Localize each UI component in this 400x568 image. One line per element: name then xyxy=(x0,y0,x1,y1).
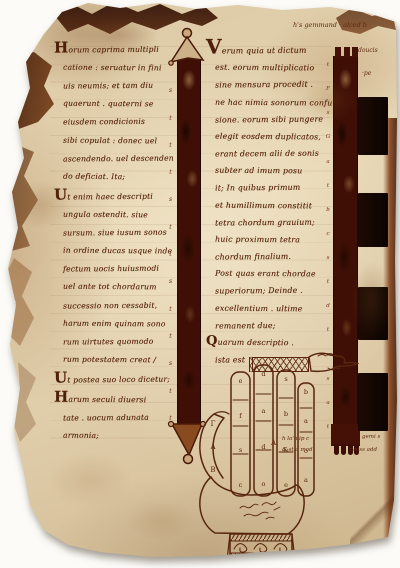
text-line: ne hac nimia sonorum confu xyxy=(206,98,330,107)
text-line: rum potestatem creat / xyxy=(54,355,178,363)
pitch-letter: c xyxy=(326,231,329,237)
bridge-block xyxy=(358,373,388,431)
pitch-letter: b xyxy=(326,207,330,213)
text-line: rum uirtutes quomodo xyxy=(54,337,178,346)
interval-letter: t xyxy=(169,224,171,231)
text-line: it; In quibus primum xyxy=(206,184,330,193)
text-line: huic proximum tetra xyxy=(206,235,330,244)
text-line: tate . uocum adunata xyxy=(54,414,178,423)
note-letter: A xyxy=(210,443,215,451)
interval-letter: t xyxy=(169,388,171,395)
text-line: quaerunt . quaterni se xyxy=(54,100,178,108)
bottom-annotation-a: A xyxy=(271,439,276,447)
torn-edge-left-4 xyxy=(8,362,40,446)
text-line: Ut enim haec descripti xyxy=(54,190,178,201)
note-letter: d xyxy=(261,443,265,451)
text-line: sibi copulat : donec uel xyxy=(54,136,178,144)
note-letter: B xyxy=(210,466,215,474)
interval-letter: t xyxy=(169,115,171,122)
bar-crenellation xyxy=(344,47,350,57)
note-letter: Γ xyxy=(211,420,216,428)
pitch-letter: G xyxy=(326,134,330,140)
note-letter: b xyxy=(304,388,308,396)
text-line: Post quas erant chordae xyxy=(206,270,330,279)
text-line: fectum uocis huiusmodi xyxy=(54,265,178,274)
left-text-column: Horum caprima multiplicatione : seruatur… xyxy=(54,44,178,440)
note-letter: a xyxy=(304,476,308,484)
text-line: excellentium . ultime xyxy=(206,304,330,313)
text-line: uel ante tot chordarum xyxy=(54,283,178,291)
text-line: in ordine ducas usque inde xyxy=(54,247,178,255)
interval-letter: t xyxy=(169,306,171,313)
text-line: uis neumis; et tam diu xyxy=(54,82,178,91)
text-line: catione : seruatur in fini xyxy=(54,64,178,72)
text-line: sine mensura procedit . xyxy=(206,81,330,90)
bottom-annotation-left-1: h la'n ip c xyxy=(282,436,309,442)
torn-edge-top-left xyxy=(52,0,220,46)
bridge-block xyxy=(358,193,388,247)
text-line: Horum caprima multipli xyxy=(54,43,178,54)
pitch-letter: a xyxy=(326,159,329,165)
note-letter: a xyxy=(304,417,308,425)
right-bar-annotation-2: ·pe xyxy=(362,70,371,77)
text-line: Ut postea suo loco dicetur; xyxy=(54,373,178,384)
text-line: est. eorum multiplicatio xyxy=(206,64,330,73)
tone-semitone-letters: tstttsttsttstt xyxy=(166,60,175,422)
pitch-letter: e xyxy=(326,352,329,358)
pitch-letter: t xyxy=(327,327,329,333)
interval-letter: t xyxy=(169,333,171,340)
text-line: tetra chordum grauium; xyxy=(206,218,330,227)
text-line: eiusdem condicionis xyxy=(54,118,178,127)
pitch-letter: s xyxy=(327,376,330,382)
text-line: Verum quia ut dictum xyxy=(206,41,330,55)
top-right-annotation: h's gemmand · alced b xyxy=(293,21,367,29)
text-line: erant decem alii de sonis xyxy=(206,149,330,158)
interval-letter: s xyxy=(169,196,172,203)
right-monochord-bar xyxy=(333,56,358,444)
note-letter: o xyxy=(262,480,266,488)
interval-letter: s xyxy=(169,278,172,285)
torn-edge-left-3 xyxy=(2,258,38,354)
text-line: do deficiat. Ita; xyxy=(54,172,178,180)
thumb-letters: ΓAB xyxy=(206,420,220,474)
bar-crenellation xyxy=(335,47,341,57)
manuscript-photo: Horum caprima multiplicatione : seruatur… xyxy=(0,0,400,568)
pitch-letter: s xyxy=(327,110,330,116)
bridge-block xyxy=(358,97,388,155)
pitch-letters: tFsGatbcstdtesat xyxy=(324,62,332,430)
text-line: elegit eosdem duplicatos, xyxy=(206,132,330,141)
interval-letter: t xyxy=(169,60,171,67)
interval-letter: t xyxy=(169,251,171,258)
pitch-letter: d xyxy=(326,303,330,309)
text-line: harum enim quinam sono xyxy=(54,319,178,327)
interval-letter: t xyxy=(169,415,171,422)
pitch-letter: s xyxy=(327,255,330,261)
interval-letter: s xyxy=(169,360,172,367)
bar-foot xyxy=(334,444,339,455)
note-letter: s xyxy=(239,446,242,454)
torn-edge-left-2 xyxy=(0,142,40,254)
ring-finger-letters: sb&e xyxy=(278,375,294,489)
interval-letter: t xyxy=(169,169,171,176)
page-shadow: Horum caprima multiplicatione : seruatur… xyxy=(0,0,400,568)
text-line: armonia; xyxy=(54,432,178,440)
bottom-annotation-left-2: & st a mod xyxy=(282,447,313,453)
fold-bottom-right xyxy=(350,492,398,546)
text-line: sione. eorum sibi pungere xyxy=(206,115,330,124)
parchment-page: Horum caprima multiplicatione : seruatur… xyxy=(0,0,400,568)
note-letter: b xyxy=(284,410,288,418)
text-line: Harum seculi diuersi xyxy=(54,394,178,404)
torn-edge-left-1 xyxy=(4,52,56,134)
note-letter: s xyxy=(284,375,287,383)
right-bar-annotation-1: doucis xyxy=(358,47,378,54)
interval-letter: t xyxy=(169,142,171,149)
interval-letter: s xyxy=(169,87,172,94)
note-letter: c xyxy=(239,481,243,489)
text-line: successio non cessabit, xyxy=(54,301,178,310)
text-line: Quarum descriptio . xyxy=(206,338,330,347)
pitch-letter: t xyxy=(327,62,329,68)
bar-foot xyxy=(341,444,346,455)
wrist-cuff xyxy=(227,534,295,560)
text-line: sursum. siue iusum sonos xyxy=(54,229,178,238)
pitch-letter: F xyxy=(326,86,330,92)
bridge-block xyxy=(358,287,388,340)
pitch-letter: a xyxy=(326,400,329,406)
text-line: et humillimum constitit xyxy=(206,201,330,210)
palm-scribbles xyxy=(240,502,280,519)
bottom-annotation-right-2: cruss add xyxy=(350,447,377,453)
text-line: subter ad imum posu xyxy=(206,167,330,176)
text-line: ungula ostendit. siue xyxy=(54,211,178,219)
middle-finger-letters: dado xyxy=(255,370,272,488)
note-letter: d xyxy=(261,370,265,378)
note-letter: f xyxy=(239,412,241,420)
text-line: ascendendo. uel descenden xyxy=(54,154,178,163)
index-finger-letters: efsc xyxy=(232,377,249,489)
pitch-letter: t xyxy=(327,424,329,430)
note-letter: e xyxy=(239,377,243,385)
pitch-letter: t xyxy=(327,183,329,189)
text-line: superiorum; Deinde . xyxy=(206,287,330,296)
right-text-column: Verum quia ut dictumest. eorum multiplic… xyxy=(206,42,330,364)
bottom-annotation-right-1: gemi s xyxy=(362,434,380,440)
central-monochord-bar xyxy=(177,58,201,424)
text-line: remanent due; xyxy=(206,321,330,330)
note-letter: a xyxy=(262,407,266,415)
text-line: chordum finalium. xyxy=(206,253,330,262)
note-letter: e xyxy=(284,481,288,489)
pitch-letter: t xyxy=(327,279,329,285)
